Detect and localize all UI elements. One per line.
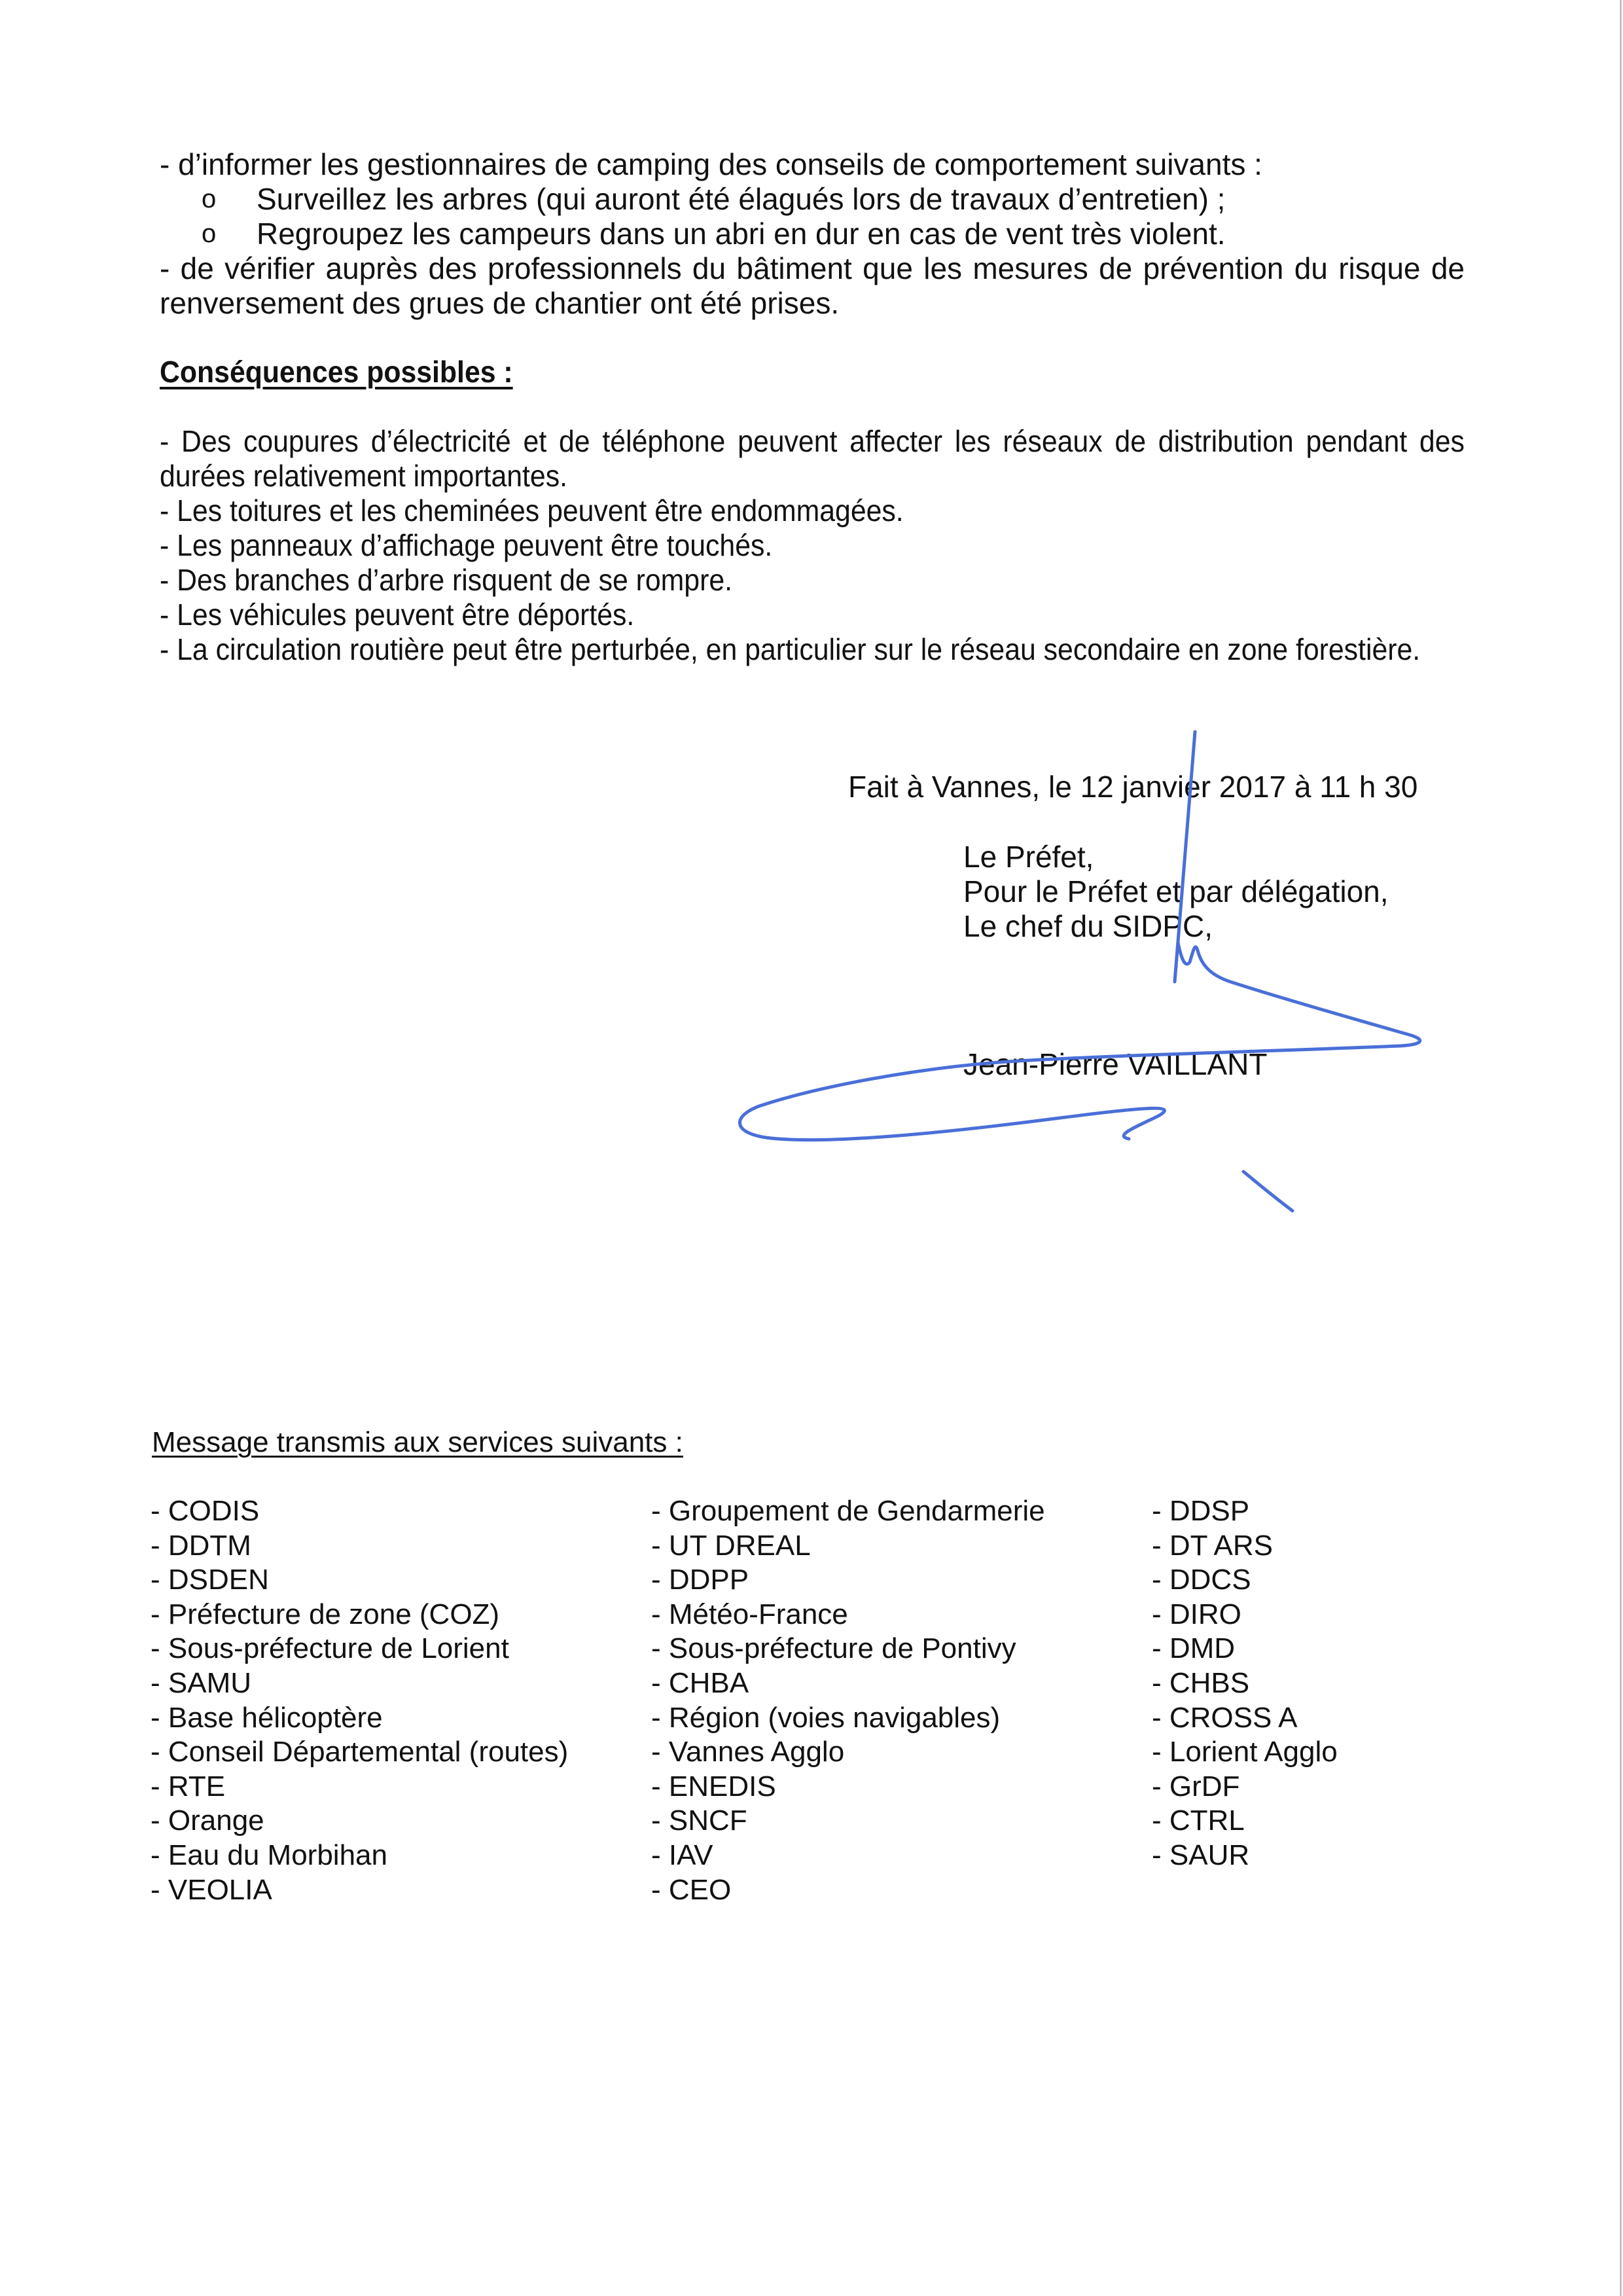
distribution-item: - CROSS A	[1152, 1701, 1338, 1736]
bullet-text: Regroupez les campeurs dans un abri en d…	[257, 217, 1226, 251]
distribution-column: - CODIS- DDTM- DSDEN- Préfecture de zone…	[151, 1494, 568, 1907]
distribution-column: - Groupement de Gendarmerie- UT DREAL- D…	[651, 1494, 1045, 1907]
distribution-title: Message transmis aux services suivants :	[152, 1426, 683, 1460]
distribution-item: - CTRL	[1152, 1804, 1338, 1839]
distribution-item: - Eau du Morbihan	[151, 1839, 568, 1873]
signatory-title-line: Le chef du SIDPC,	[963, 909, 1213, 944]
distribution-item: - SAUR	[1152, 1839, 1338, 1873]
instruction-intro: - d’informer les gestionnaires de campin…	[160, 147, 1465, 182]
distribution-item: - UT DREAL	[651, 1529, 1045, 1564]
handwritten-signature	[0, 0, 1623, 2296]
consequence-item: - Les véhicules peuvent être déportés.	[160, 598, 1465, 632]
bullet-circle-icon: o	[202, 182, 216, 217]
distribution-column: - DDSP- DT ARS- DDCS- DIRO- DMD- CHBS- C…	[1152, 1494, 1338, 1873]
distribution-item: - Région (voies navigables)	[651, 1701, 1045, 1736]
distribution-item: - Préfecture de zone (COZ)	[151, 1598, 568, 1632]
distribution-item: - Orange	[151, 1804, 568, 1839]
distribution-item: - Conseil Départemental (routes)	[151, 1735, 568, 1770]
bullet-item: o Regroupez les campeurs dans un abri en…	[160, 217, 1465, 251]
distribution-item: - CHBA	[651, 1666, 1045, 1701]
distribution-item: - Vannes Agglo	[651, 1735, 1045, 1770]
bullet-text: Surveillez les arbres (qui auront été él…	[257, 182, 1225, 216]
consequence-item: - Les toitures et les cheminées peuvent …	[160, 493, 1465, 528]
distribution-item: - DDCS	[1152, 1563, 1338, 1598]
distribution-item: - DDSP	[1152, 1494, 1338, 1529]
consequences-heading-wrap: Conséquences possibles :	[160, 355, 1465, 389]
signatory-title-line: Pour le Préfet et par délégation,	[963, 874, 1389, 909]
distribution-item: - RTE	[151, 1770, 568, 1804]
distribution-item: - DDTM	[151, 1529, 568, 1564]
distribution-item: - Sous-préfecture de Lorient	[151, 1632, 568, 1666]
bullet-circle-icon: o	[202, 217, 216, 251]
scan-page-edge	[1620, 0, 1622, 2296]
distribution-item: - VEOLIA	[151, 1873, 568, 1908]
distribution-item: - Lorient Agglo	[1152, 1735, 1338, 1770]
instructions-section: - d’informer les gestionnaires de campin…	[160, 147, 1465, 321]
distribution-item: - DDPP	[651, 1563, 1045, 1598]
distribution-item: - DIRO	[1152, 1598, 1338, 1632]
consequences-heading: Conséquences possibles :	[160, 355, 1373, 389]
distribution-item: - Base hélicoptère	[151, 1701, 568, 1736]
distribution-item: - SAMU	[151, 1666, 568, 1701]
distribution-item: - DSDEN	[151, 1563, 568, 1598]
distribution-item: - DMD	[1152, 1632, 1338, 1666]
distribution-item: - ENEDIS	[651, 1770, 1045, 1804]
distribution-item: - GrDF	[1152, 1770, 1338, 1804]
signatory-name: Jean-Pierre VAILLANT	[963, 1047, 1267, 1082]
instruction-verify: - de vérifier auprès des professionnels …	[160, 251, 1465, 321]
distribution-item: - Sous-préfecture de Pontivy	[651, 1632, 1045, 1666]
distribution-item: - SNCF	[651, 1804, 1045, 1839]
consequence-item: - Les panneaux d’affichage peuvent être …	[160, 528, 1465, 563]
distribution-item: - Groupement de Gendarmerie	[651, 1494, 1045, 1529]
bullet-item: o Surveillez les arbres (qui auront été …	[160, 182, 1465, 217]
distribution-item: - CEO	[651, 1873, 1045, 1908]
distribution-item: - Météo-France	[651, 1598, 1045, 1632]
place-and-date: Fait à Vannes, le 12 janvier 2017 à 11 h…	[848, 770, 1418, 804]
signatory-title-line: Le Préfet,	[963, 840, 1094, 874]
consequence-item: - Des coupures d’électricité et de télép…	[160, 424, 1465, 493]
distribution-item: - CODIS	[151, 1494, 568, 1529]
consequence-item: - La circulation routière peut être pert…	[160, 632, 1465, 667]
distribution-item: - DT ARS	[1152, 1529, 1338, 1564]
distribution-item: - IAV	[651, 1839, 1045, 1873]
consequence-item: - Des branches d’arbre risquent de se ro…	[160, 563, 1465, 598]
distribution-item: - CHBS	[1152, 1666, 1338, 1701]
consequences-list: - Des coupures d’électricité et de télép…	[160, 424, 1465, 667]
